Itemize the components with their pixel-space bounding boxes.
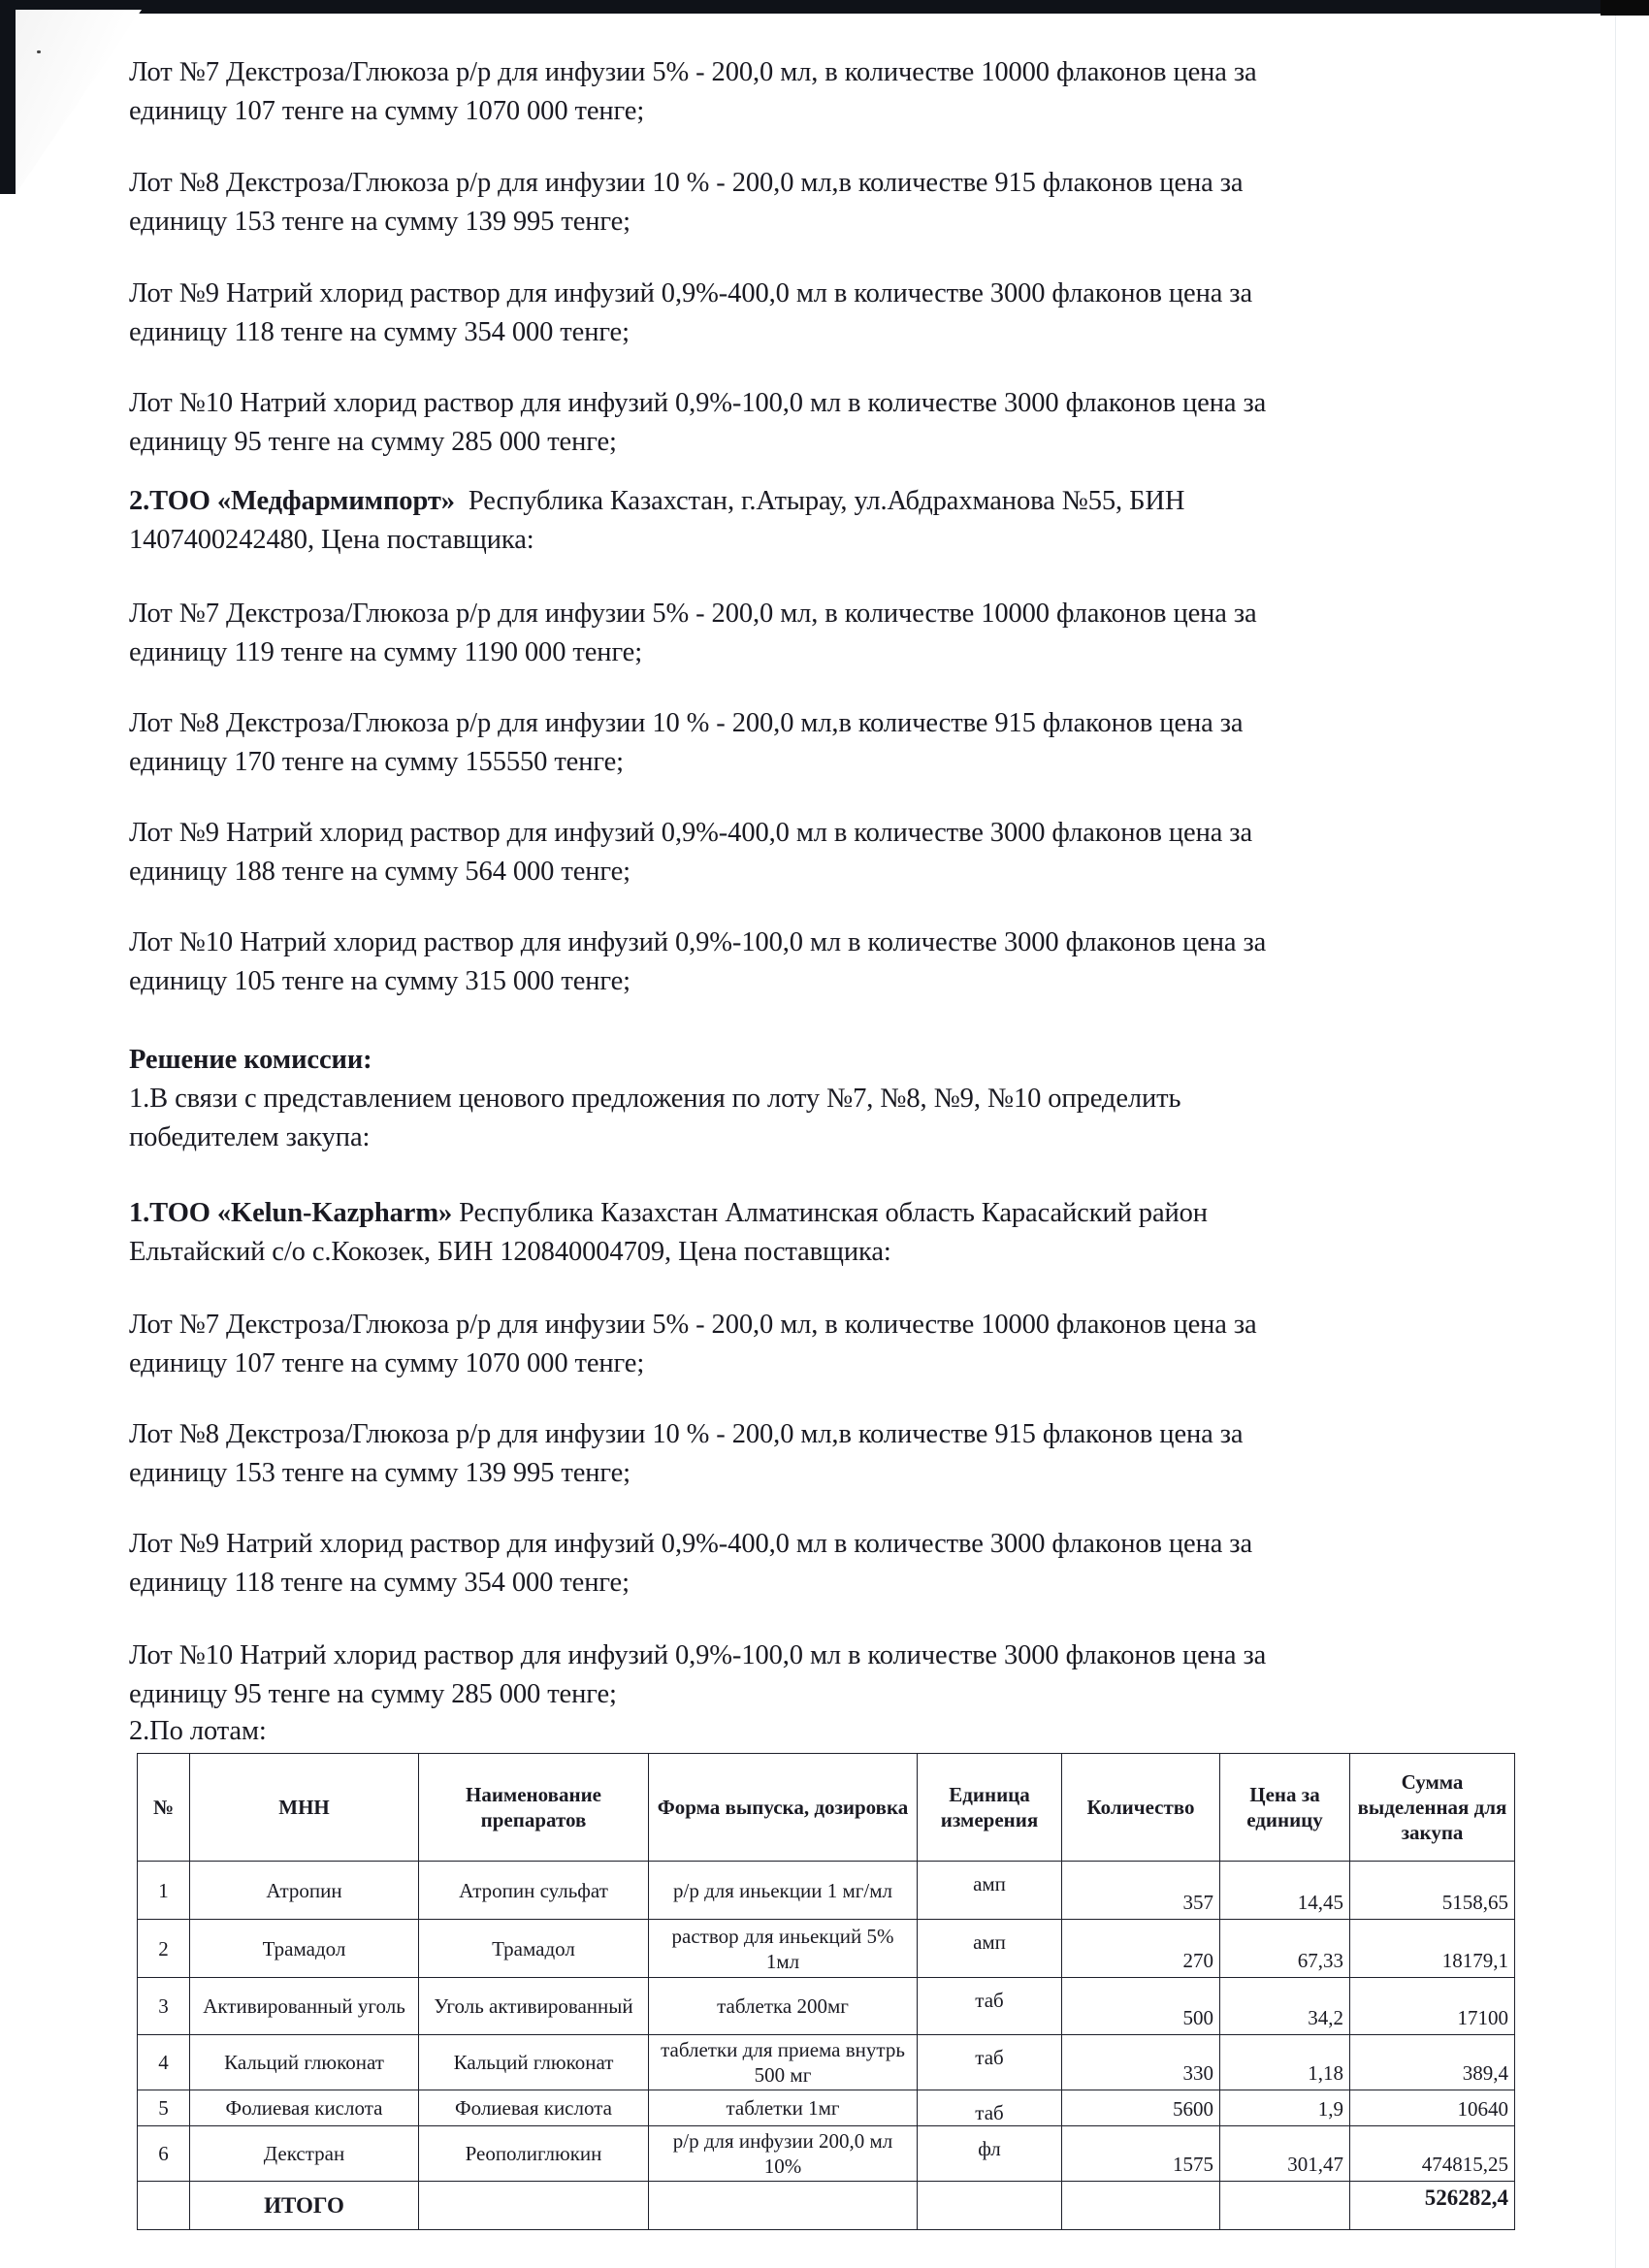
lot-10-line2: единицу 95 тенге на сумму 285 000 тенге; <box>129 424 617 461</box>
cell-inn: Фолиевая кислота <box>190 2090 419 2126</box>
cell-sum: 18179,1 <box>1350 1920 1515 1978</box>
cell-no: 6 <box>138 2126 190 2182</box>
cell-price: 14,45 <box>1220 1862 1350 1920</box>
winner-line1: 1.ТОО «Kelun-Kazpharm» Республика Казахс… <box>129 1195 1208 1232</box>
cell-qty: 500 <box>1062 1978 1220 2035</box>
cell-no: 4 <box>138 2035 190 2090</box>
total-sum: 526282,4 <box>1350 2182 1515 2230</box>
cell-price: 1,18 <box>1220 2035 1350 2090</box>
lot-9-line2: единицу 118 тенге на сумму 354 000 тенге… <box>129 314 630 351</box>
cell-name: Реополиглюкин <box>419 2126 649 2182</box>
w-lot-7-line2: единицу 107 тенге на сумму 1070 000 тенг… <box>129 1345 644 1382</box>
total-empty-cell <box>918 2182 1062 2230</box>
decision-line1: 1.В связи с представлением ценового пред… <box>129 1081 1180 1118</box>
cell-unit: таб <box>918 2035 1062 2090</box>
table-row: 4 Кальций глюконат Кальций глюконат табл… <box>138 2035 1515 2090</box>
cell-price: 34,2 <box>1220 1978 1350 2035</box>
cell-name: Кальций глюконат <box>419 2035 649 2090</box>
table-row: 2 Трамадол Трамадол раствор для иньекций… <box>138 1920 1515 1978</box>
cell-inn: Трамадол <box>190 1920 419 1978</box>
w-lot-7-line1: Лот №7 Декстроза/Глюкоза р/р для инфузии… <box>129 1307 1257 1344</box>
winner-name: 1.ТОО «Kelun-Kazpharm» <box>129 1198 452 1228</box>
table-total-row: ИТОГО526282,4 <box>138 2182 1515 2230</box>
lot-7-line2: единицу 107 тенге на сумму 1070 000 тенг… <box>129 93 644 130</box>
w-lot-8-line2: единицу 153 тенге на сумму 139 995 тенге… <box>129 1455 630 1492</box>
winner-line2: Ельтайский с/о с.Кокозек, БИН 1208400047… <box>129 1234 891 1271</box>
table-row: 5 Фолиевая кислота Фолиевая кислота табл… <box>138 2090 1515 2126</box>
supplier-2-name: 2.ТОО «Медфармимпорт» <box>129 486 455 516</box>
cell-unit: таб <box>918 1978 1062 2035</box>
cell-name: Трамадол <box>419 1920 649 1978</box>
s2-lot-9-line2: единицу 188 тенге на сумму 564 000 тенге… <box>129 854 630 891</box>
w-lot-8-line1: Лот №8 Декстроза/Глюкоза р/р для инфузии… <box>129 1416 1243 1453</box>
scan-border-top <box>0 0 1649 14</box>
table-row: 6 Декстран Реополиглюкин р/р для инфузии… <box>138 2126 1515 2182</box>
col-header-name: Наименование препаратов <box>419 1754 649 1862</box>
cell-sum: 474815,25 <box>1350 2126 1515 2182</box>
cell-unit: фл <box>918 2126 1062 2182</box>
cell-no: 5 <box>138 2090 190 2126</box>
cell-form: р/р для инфузии 200,0 мл 10% <box>649 2126 918 2182</box>
s2-lot-9-line1: Лот №9 Натрий хлорид раствор для инфузий… <box>129 815 1252 852</box>
table-row: 1 Атропин Атропин сульфат р/р для иньекц… <box>138 1862 1515 1920</box>
scan-border-corner <box>1600 0 1649 16</box>
cell-no: 3 <box>138 1978 190 2035</box>
cell-form: таблетки 1мг <box>649 2090 918 2126</box>
s2-lot-7-line2: единицу 119 тенге на сумму 1190 000 тенг… <box>129 634 642 671</box>
cell-form: р/р для иньекции 1 мг/мл <box>649 1862 918 1920</box>
cell-price: 67,33 <box>1220 1920 1350 1978</box>
supplier-2-line2: 1407400242480, Цена поставщика: <box>129 522 534 559</box>
w-lot-10-line2: единицу 95 тенге на сумму 285 000 тенге; <box>129 1676 617 1713</box>
cell-name: Уголь активированный <box>419 1978 649 2035</box>
cell-unit: амп <box>918 1920 1062 1978</box>
decision-heading: Решение комиссии: <box>129 1042 372 1079</box>
cell-sum: 10640 <box>1350 2090 1515 2126</box>
cell-qty: 5600 <box>1062 2090 1220 2126</box>
cell-inn: Кальций глюконат <box>190 2035 419 2090</box>
lot-8-line2: единицу 153 тенге на сумму 139 995 тенге… <box>129 204 630 241</box>
cell-form: раствор для иньекций 5% 1мл <box>649 1920 918 1978</box>
cell-price: 1,9 <box>1220 2090 1350 2126</box>
lots-table: № МНН Наименование препаратов Форма выпу… <box>137 1753 1515 2230</box>
by-lots-label: 2.По лотам: <box>129 1713 267 1750</box>
cell-qty: 1575 <box>1062 2126 1220 2182</box>
table-row: 3 Активированный уголь Уголь активирован… <box>138 1978 1515 2035</box>
cell-qty: 357 <box>1062 1862 1220 1920</box>
col-header-qty: Количество <box>1062 1754 1220 1862</box>
total-empty-cell <box>1220 2182 1350 2230</box>
lot-10-line1: Лот №10 Натрий хлорид раствор для инфузи… <box>129 385 1266 422</box>
cell-no: 2 <box>138 1920 190 1978</box>
s2-lot-8-line1: Лот №8 Декстроза/Глюкоза р/р для инфузии… <box>129 705 1243 742</box>
cell-qty: 270 <box>1062 1920 1220 1978</box>
supplier-2-line1: 2.ТОО «Медфармимпорт» Республика Казахст… <box>129 483 1184 520</box>
cell-unit: амп <box>918 1862 1062 1920</box>
cell-inn: Декстран <box>190 2126 419 2182</box>
s2-lot-7-line1: Лот №7 Декстроза/Глюкоза р/р для инфузии… <box>129 596 1257 632</box>
total-empty-cell <box>138 2182 190 2230</box>
total-empty-cell <box>649 2182 918 2230</box>
cell-price: 301,47 <box>1220 2126 1350 2182</box>
w-lot-9-line1: Лот №9 Натрий хлорид раствор для инфузий… <box>129 1526 1252 1563</box>
scan-border-left <box>0 0 16 194</box>
supplier-2-address: Республика Казахстан, г.Атырау, ул.Абдра… <box>455 486 1184 516</box>
cell-name: Атропин сульфат <box>419 1862 649 1920</box>
cell-form: таблетки для приема внутрь 500 мг <box>649 2035 918 2090</box>
cell-name: Фолиевая кислота <box>419 2090 649 2126</box>
page-corner-fold <box>16 10 142 194</box>
w-lot-10-line1: Лот №10 Натрий хлорид раствор для инфузи… <box>129 1637 1266 1674</box>
cell-sum: 17100 <box>1350 1978 1515 2035</box>
total-empty-cell <box>1062 2182 1220 2230</box>
col-header-inn: МНН <box>190 1754 419 1862</box>
col-header-sum: Сумма выделенная для закупа <box>1350 1754 1515 1862</box>
decision-line2: победителем закупа: <box>129 1119 370 1156</box>
page-edge <box>1615 16 1616 2268</box>
total-label: ИТОГО <box>190 2182 419 2230</box>
winner-address: Республика Казахстан Алматинская область… <box>452 1198 1208 1228</box>
table-header-row: № МНН Наименование препаратов Форма выпу… <box>138 1754 1515 1862</box>
total-empty-cell <box>419 2182 649 2230</box>
lot-8-line1: Лот №8 Декстроза/Глюкоза р/р для инфузии… <box>129 165 1243 202</box>
cell-inn: Активированный уголь <box>190 1978 419 2035</box>
s2-lot-10-line2: единицу 105 тенге на сумму 315 000 тенге… <box>129 963 630 1000</box>
cell-inn: Атропин <box>190 1862 419 1920</box>
lot-9-line1: Лот №9 Натрий хлорид раствор для инфузий… <box>129 275 1252 312</box>
cell-sum: 389,4 <box>1350 2035 1515 2090</box>
col-header-unit: Единица измерения <box>918 1754 1062 1862</box>
cell-sum: 5158,65 <box>1350 1862 1515 1920</box>
col-header-price: Цена за единицу <box>1220 1754 1350 1862</box>
cell-qty: 330 <box>1062 2035 1220 2090</box>
s2-lot-10-line1: Лот №10 Натрий хлорид раствор для инфузи… <box>129 924 1266 961</box>
col-header-form: Форма выпуска, дозировка <box>649 1754 918 1862</box>
s2-lot-8-line2: единицу 170 тенге на сумму 155550 тенге; <box>129 744 624 781</box>
cell-unit: таб <box>918 2090 1062 2126</box>
w-lot-9-line2: единицу 118 тенге на сумму 354 000 тенге… <box>129 1565 630 1602</box>
cell-form: таблетка 200мг <box>649 1978 918 2035</box>
col-header-no: № <box>138 1754 190 1862</box>
lot-7-line1: Лот №7 Декстроза/Глюкоза р/р для инфузии… <box>129 54 1257 91</box>
cell-no: 1 <box>138 1862 190 1920</box>
scan-speck <box>37 50 41 53</box>
